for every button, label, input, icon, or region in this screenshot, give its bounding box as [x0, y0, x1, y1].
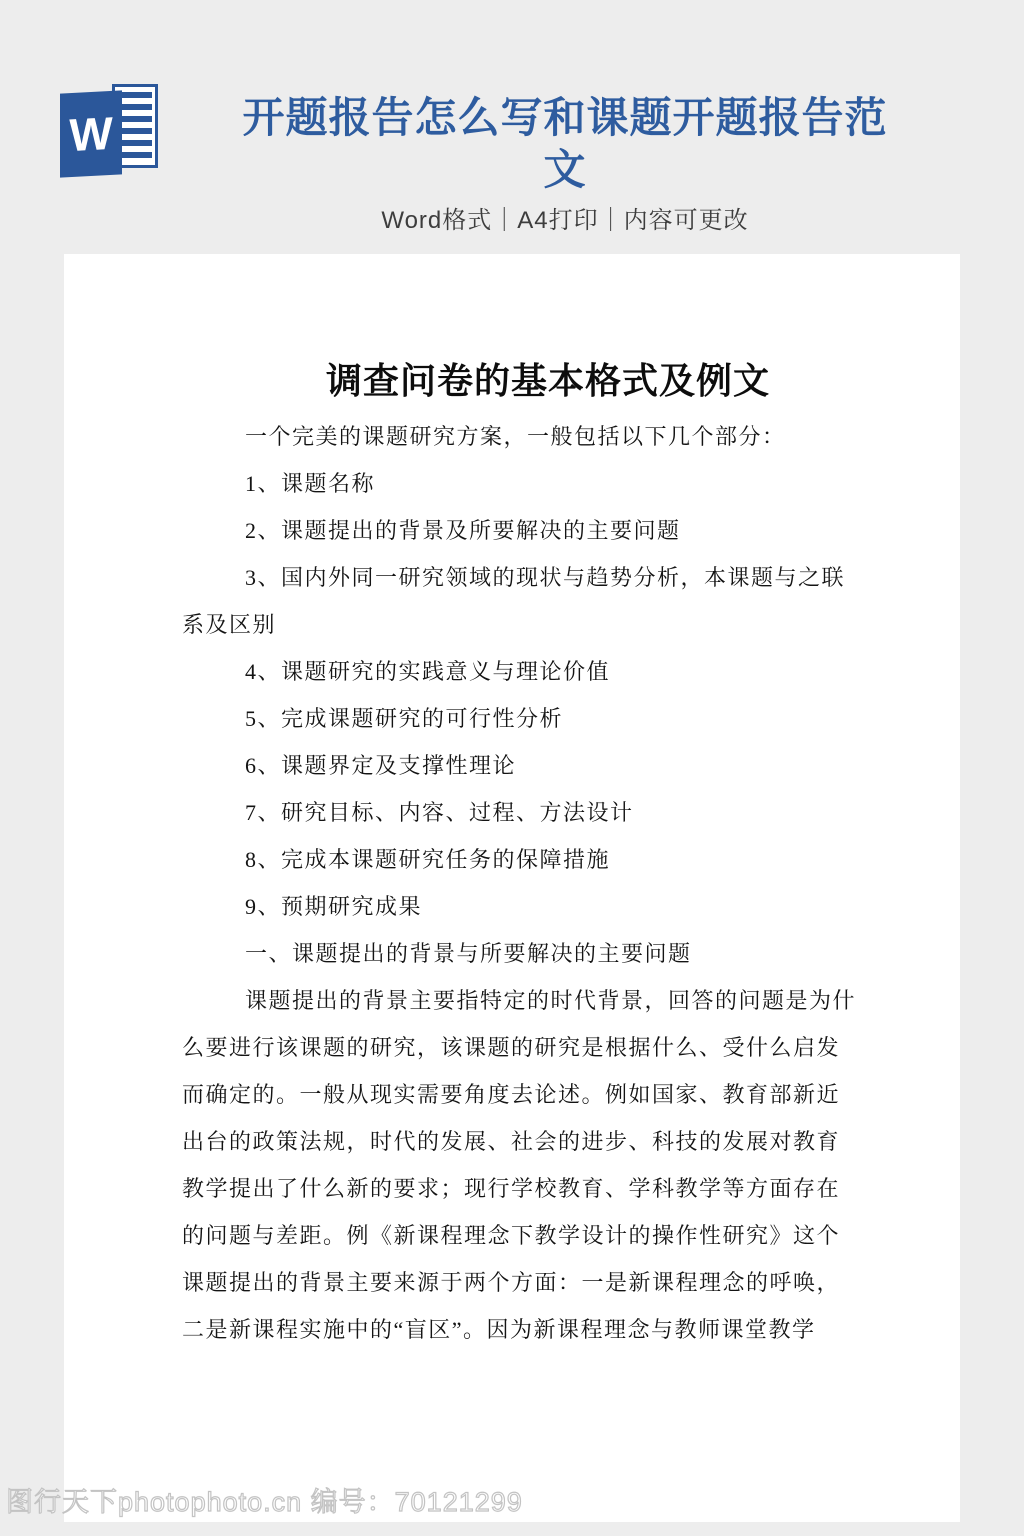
doc-line: 7、研究目标、内容、过程、方法设计: [182, 789, 838, 836]
doc-line: 8、完成本课题研究任务的保障措施: [182, 836, 838, 883]
doc-line: 一、课题提出的背景与所要解决的主要问题: [182, 930, 838, 977]
doc-line: 1、课题名称: [182, 460, 838, 507]
doc-line: 课题提出的背景主要来源于两个方面：一是新课程理念的呼唤，: [182, 1259, 838, 1306]
doc-line: 的问题与差距。例《新课程理念下教学设计的操作性研究》这个: [182, 1212, 838, 1259]
document-page: 调查问卷的基本格式及例文 一个完美的课题研究方案，一般包括以下几个部分： 1、课…: [64, 254, 960, 1522]
word-icon-stripes: [119, 92, 152, 160]
template-title: 开题报告怎么写和课题开题报告范文: [230, 92, 900, 196]
word-icon-letter: W: [69, 110, 112, 158]
doc-line: 教学提出了什么新的要求；现行学校教育、学科教学等方面存在: [182, 1165, 838, 1212]
doc-line: 6、课题界定及支撑性理论: [182, 742, 838, 789]
doc-line: 5、完成课题研究的可行性分析: [182, 695, 838, 742]
header-banner: W 开题报告怎么写和课题开题报告范文 Word格式｜A4打印｜内容可更改: [0, 0, 1024, 254]
doc-line: 出台的政策法规，时代的发展、社会的进步、科技的发展对教育: [182, 1118, 838, 1165]
doc-line: 二是新课程实施中的“盲区”。因为新课程理念与教师课堂教学: [182, 1306, 838, 1353]
doc-line: 而确定的。一般从现实需要角度去论述。例如国家、教育部新近: [182, 1071, 838, 1118]
word-icon-slab: W: [60, 90, 122, 177]
doc-line: 系及区别: [182, 601, 838, 648]
template-subtitle: Word格式｜A4打印｜内容可更改: [230, 206, 900, 236]
doc-line: 一个完美的课题研究方案，一般包括以下几个部分：: [182, 413, 838, 460]
doc-line: 9、预期研究成果: [182, 883, 838, 930]
doc-line: 3、国内外同一研究领域的现状与趋势分析，本课题与之联: [182, 554, 838, 601]
doc-line: 么要进行该课题的研究，该课题的研究是根据什么、受什么启发: [182, 1024, 838, 1071]
word-icon: W: [60, 80, 164, 182]
document-title: 调查问卷的基本格式及例文: [182, 358, 838, 405]
document-body: 一个完美的课题研究方案，一般包括以下几个部分： 1、课题名称 2、课题提出的背景…: [182, 413, 838, 1353]
doc-line: 2、课题提出的背景及所要解决的主要问题: [182, 507, 838, 554]
doc-line: 课题提出的背景主要指特定的时代背景，回答的问题是为什: [182, 977, 838, 1024]
watermark-text: 图行天下photophoto.cn 编号：70121299: [6, 1486, 523, 1518]
doc-line: 4、课题研究的实践意义与理论价值: [182, 648, 838, 695]
header-text-block: 开题报告怎么写和课题开题报告范文 Word格式｜A4打印｜内容可更改: [230, 92, 900, 236]
